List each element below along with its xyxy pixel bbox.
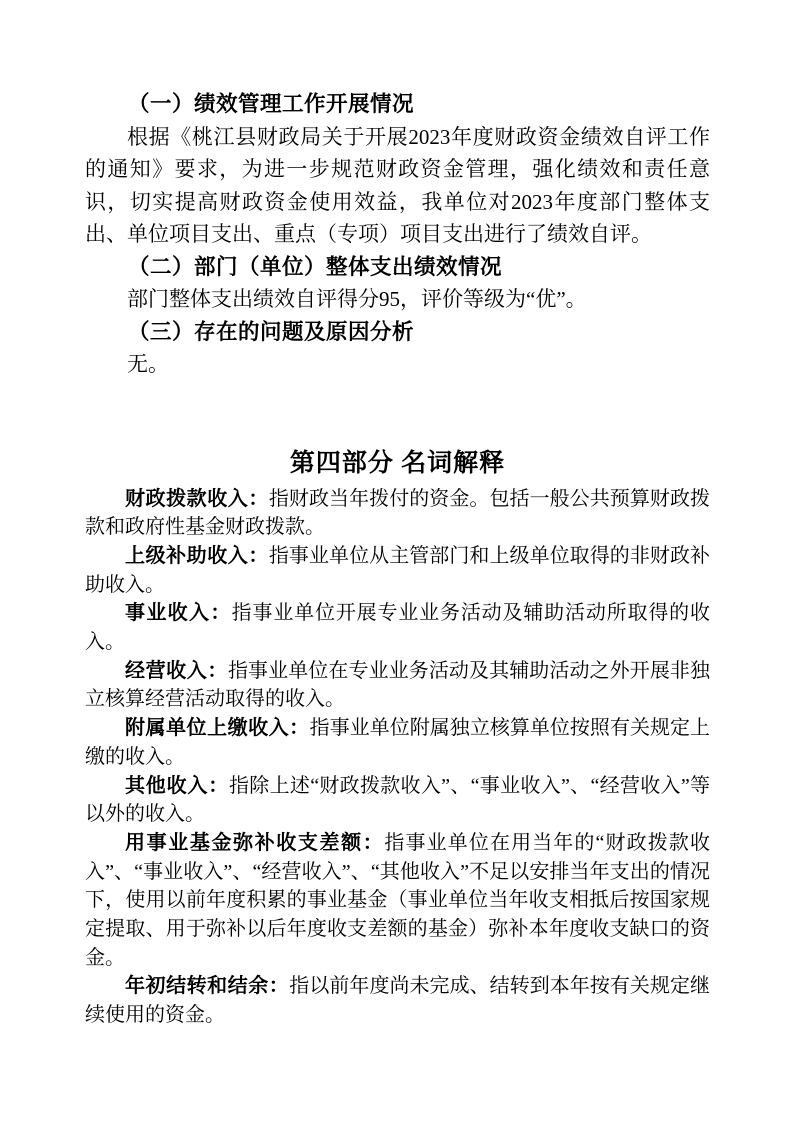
term-paragraph: 事业收入：指事业单位开展专业业务活动及辅助活动所取得的收入。 — [85, 599, 710, 656]
section-heading-3: （三）存在的问题及原因分析 — [85, 316, 710, 349]
term-paragraph: 经营收入：指事业单位在专业业务活动及其辅助活动之外开展非独立核算经营活动取得的收… — [85, 657, 710, 714]
term-label: 经营收入： — [125, 660, 228, 682]
term-paragraph: 用事业基金弥补收支差额：指事业单位在用当年的“财政拨款收入”、“事业收入”、“经… — [85, 829, 710, 973]
term-label: 用事业基金弥补收支差额： — [125, 832, 384, 854]
term-paragraph: 附属单位上缴收入：指事业单位附属独立核算单位按照有关规定上缴的收入。 — [85, 714, 710, 771]
document-page: （一）绩效管理工作开展情况 根据《桃江县财政局关于开展2023年度财政资金绩效自… — [0, 0, 793, 1122]
section-heading-1: （一）绩效管理工作开展情况 — [85, 88, 710, 121]
term-label: 年初结转和结余： — [125, 975, 289, 997]
performance-section: （一）绩效管理工作开展情况 根据《桃江县财政局关于开展2023年度财政资金绩效自… — [85, 88, 710, 381]
term-label: 其他收入： — [125, 775, 229, 797]
term-paragraph: 财政拨款收入：指财政当年拨付的资金。包括一般公共预算财政拨款和政府性基金财政拨款… — [85, 485, 710, 542]
part4-title: 第四部分 名词解释 — [85, 447, 710, 481]
section-paragraph-3: 无。 — [85, 348, 710, 381]
section-paragraph-1: 根据《桃江县财政局关于开展2023年度财政资金绩效自评工作的通知》要求，为进一步… — [85, 121, 710, 251]
term-label: 财政拨款收入： — [125, 488, 269, 510]
term-paragraph: 其他收入：指除上述“财政拨款收入”、“事业收入”、“经营收入”等以外的收入。 — [85, 772, 710, 829]
term-paragraph: 上级补助收入：指事业单位从主管部门和上级单位取得的非财政补助收入。 — [85, 542, 710, 599]
term-paragraph: 年初结转和结余：指以前年度尚未完成、结转到本年按有关规定继续使用的资金。 — [85, 972, 710, 1029]
glossary-section: 第四部分 名词解释 财政拨款收入：指财政当年拨付的资金。包括一般公共预算财政拨款… — [85, 447, 710, 1030]
term-label: 事业收入： — [125, 602, 232, 624]
section-heading-2: （二）部门（单位）整体支出绩效情况 — [85, 251, 710, 284]
section-paragraph-2: 部门整体支出绩效自评得分95，评价等级为“优”。 — [85, 283, 710, 316]
term-label: 上级补助收入： — [125, 545, 269, 567]
term-label: 附属单位上缴收入： — [125, 717, 310, 739]
